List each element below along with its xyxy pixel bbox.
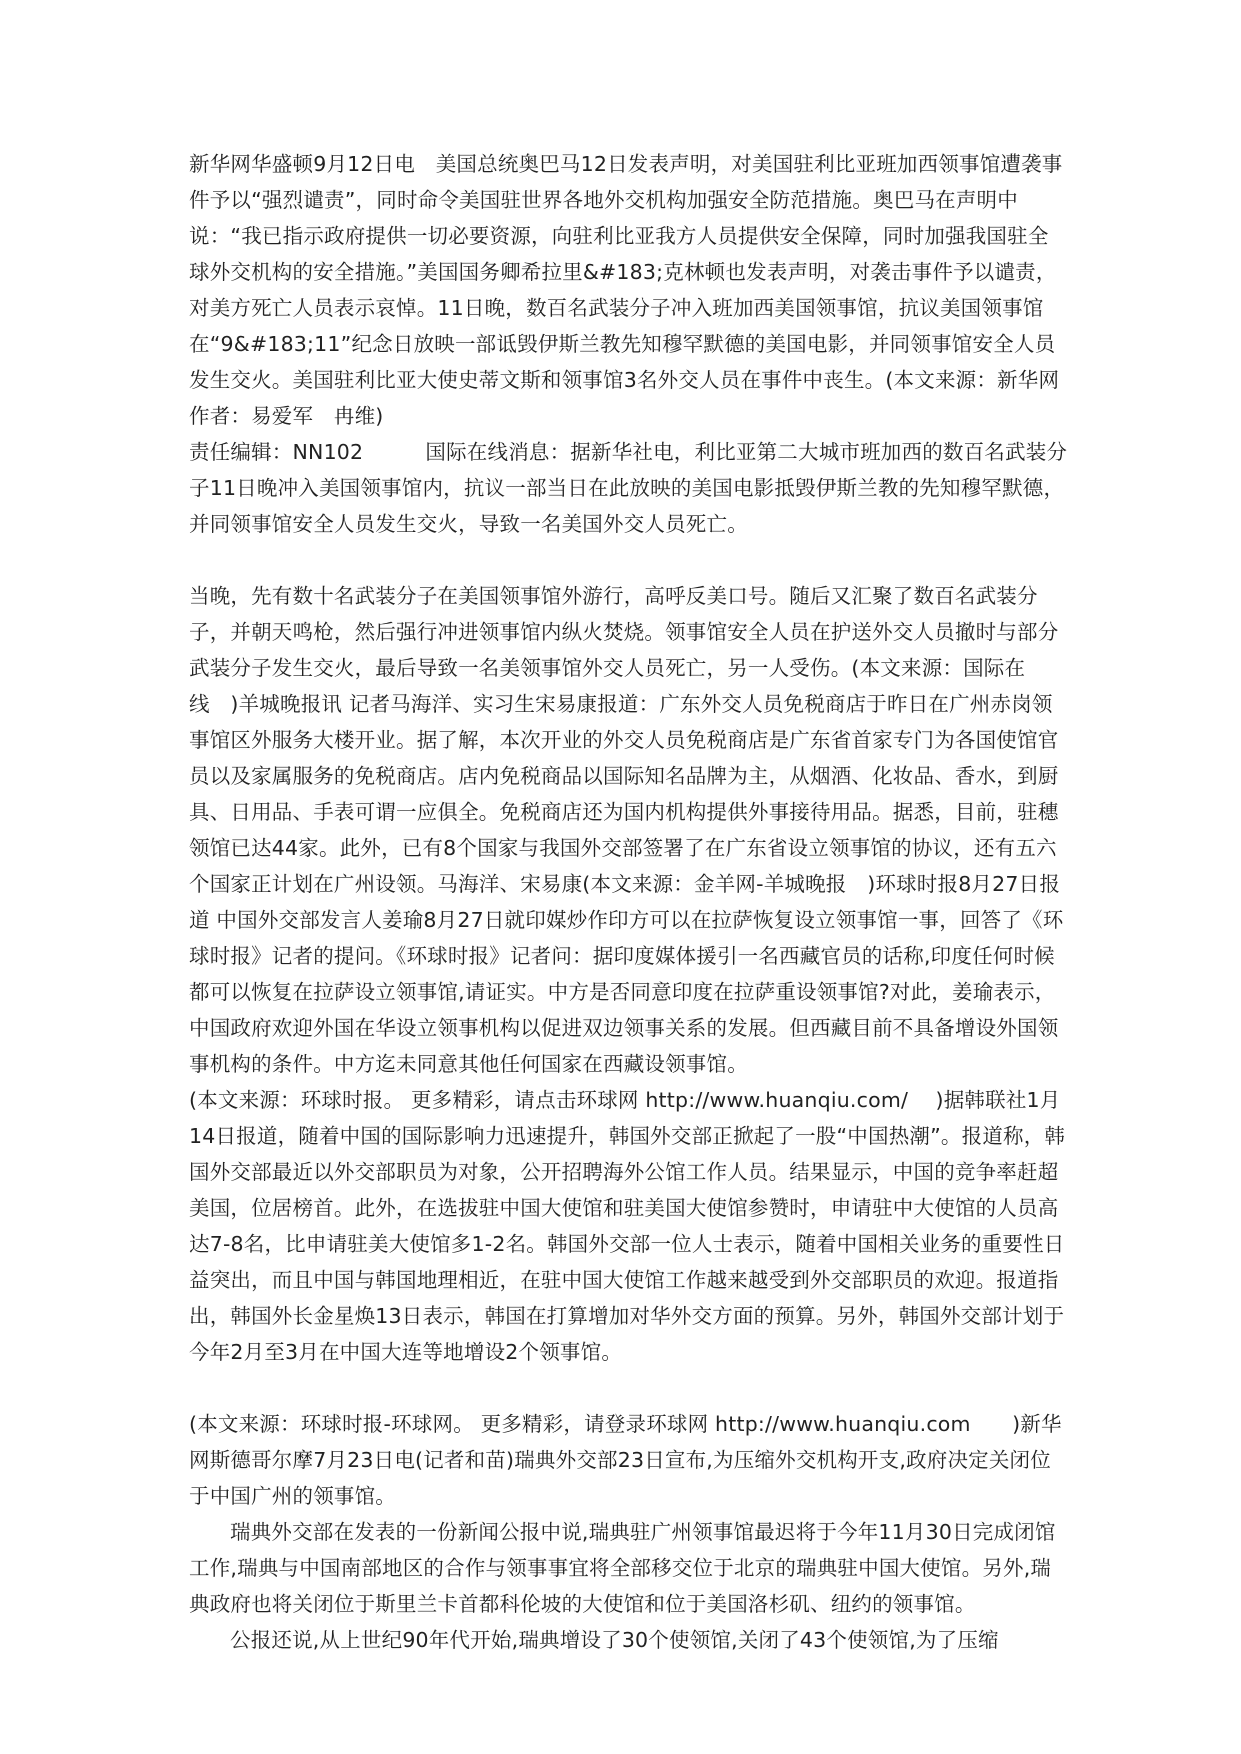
paragraph-editor-cri-report: 责任编辑：NN102 国际在线消息：据新华社电，利比亚第二大城市班加西的数百名武… xyxy=(189,434,1069,542)
document-page: 新华网华盛顿9月12日电 美国总统奥巴马12日发表声明，对美国驻利比亚班加西领事… xyxy=(189,146,1069,1658)
paragraph-sweden-closure: (本文来源：环球时报-环球网。 更多精彩，请登录环球网 http://www.h… xyxy=(189,1406,1069,1514)
paragraph-sweden-bulletin: 瑞典外交部在发表的一份新闻公报中说,瑞典驻广州领事馆最迟将于今年11月30日完成… xyxy=(189,1514,1069,1622)
paragraph-obama-statement: 新华网华盛顿9月12日电 美国总统奥巴马12日发表声明，对美国驻利比亚班加西领事… xyxy=(189,146,1069,434)
paragraph-korea-china-fever: (本文来源：环球时报。 更多精彩，请点击环球网 http://www.huanq… xyxy=(189,1082,1069,1370)
paragraph-attack-details-dutyfree-tibet: 当晚，先有数十名武装分子在美国领事馆外游行，高呼反美口号。随后又汇聚了数百名武装… xyxy=(189,578,1069,1082)
paragraph-sweden-embassies: 公报还说,从上世纪90年代开始,瑞典增设了30个使领馆,关闭了43个使领馆,为了… xyxy=(189,1622,1069,1658)
